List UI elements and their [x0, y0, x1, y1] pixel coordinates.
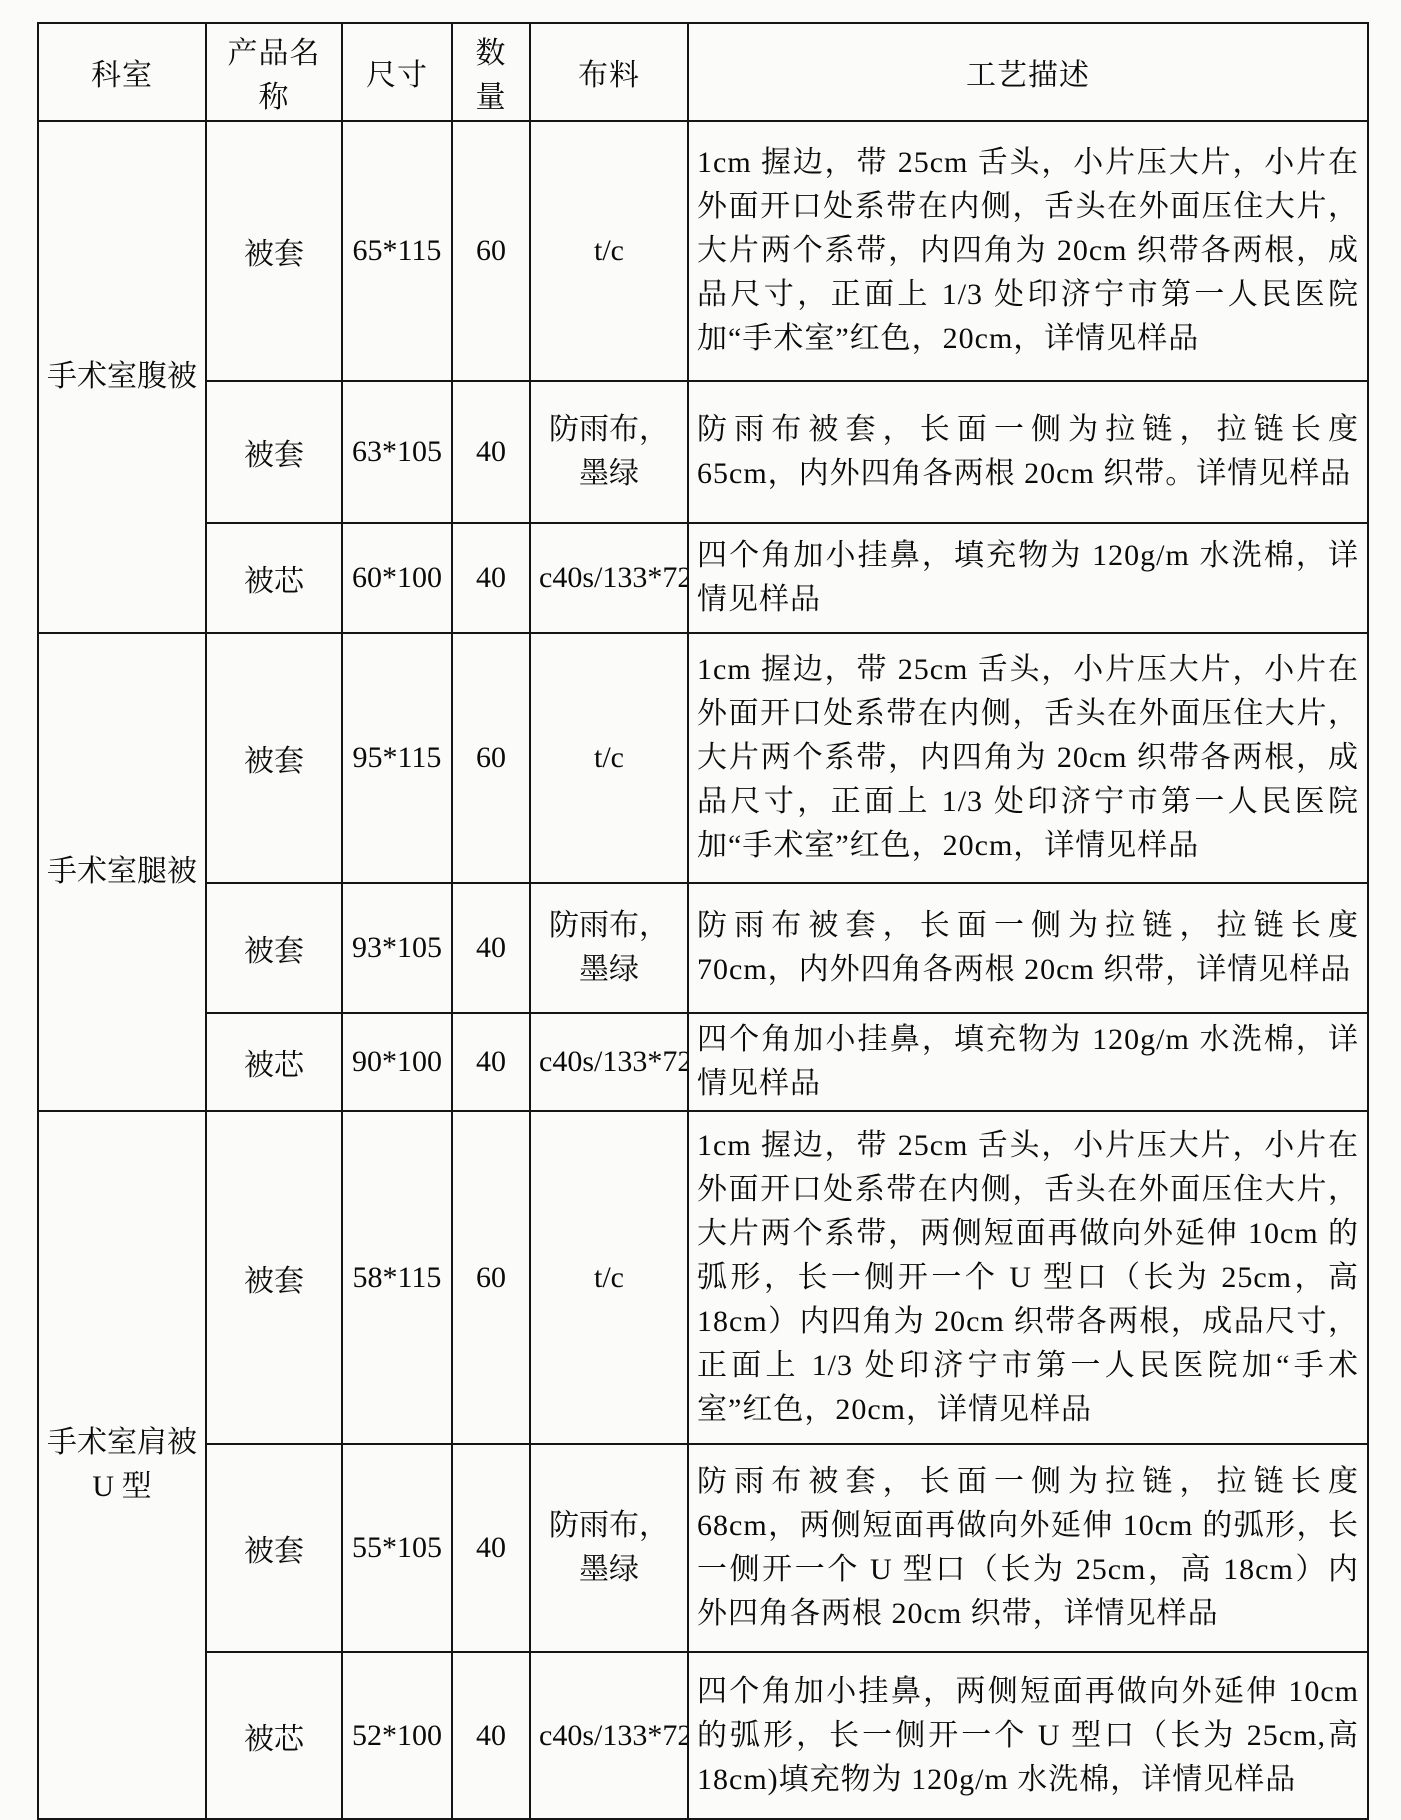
quantity-cell: 60: [452, 121, 530, 381]
size-cell: 65*115: [342, 121, 452, 381]
size-cell: 90*100: [342, 1013, 452, 1111]
quantity-cell: 40: [452, 1444, 530, 1652]
process-desc-cell: 1cm 握边，带 25cm 舌头，小片压大片，小片在外面开口处系带在内侧，舌头在…: [688, 633, 1368, 883]
product-cell: 被套: [206, 381, 342, 523]
quantity-cell: 40: [452, 1013, 530, 1111]
quantity-cell: 60: [452, 1111, 530, 1444]
size-cell: 60*100: [342, 523, 452, 633]
product-cell: 被套: [206, 1444, 342, 1652]
size-cell: 55*105: [342, 1444, 452, 1652]
table-row: 被套 93*105 40 防雨布，墨绿 防雨布被套，长面一侧为拉链，拉链长度 7…: [38, 883, 1368, 1013]
department-cell: 手术室腿被: [38, 633, 206, 1111]
process-desc-cell: 防雨布被套，长面一侧为拉链，拉链长度 65cm，内外四角各两根 20cm 织带。…: [688, 381, 1368, 523]
fabric-cell: c40s/133*72: [530, 1652, 688, 1819]
quantity-cell: 40: [452, 523, 530, 633]
fabric-cell: 防雨布，墨绿: [530, 1444, 688, 1652]
size-cell: 52*100: [342, 1652, 452, 1819]
header-row: 科室 产品名称 尺寸 数量 布料 工艺描述: [38, 23, 1368, 121]
product-cell: 被芯: [206, 523, 342, 633]
process-desc-cell: 四个角加小挂鼻，填充物为 120g/m 水洗棉，详情见样品: [688, 523, 1368, 633]
product-cell: 被芯: [206, 1652, 342, 1819]
spec-table: 科室 产品名称 尺寸 数量 布料 工艺描述 手术室腹被 被套 65*115 60…: [37, 22, 1369, 1820]
process-desc-cell: 1cm 握边，带 25cm 舌头，小片压大片，小片在外面开口处系带在内侧，舌头在…: [688, 121, 1368, 381]
column-header-product: 产品名称: [206, 23, 342, 121]
product-cell: 被套: [206, 121, 342, 381]
fabric-cell: c40s/133*72: [530, 1013, 688, 1111]
column-header-fabric: 布料: [530, 23, 688, 121]
product-cell: 被芯: [206, 1013, 342, 1111]
column-header-quantity: 数量: [452, 23, 530, 121]
fabric-cell: 防雨布，墨绿: [530, 381, 688, 523]
table-row: 手术室腿被 被套 95*115 60 t/c 1cm 握边，带 25cm 舌头，…: [38, 633, 1368, 883]
size-cell: 93*105: [342, 883, 452, 1013]
column-header-department: 科室: [38, 23, 206, 121]
process-desc-cell: 四个角加小挂鼻，两侧短面再做向外延伸 10cm 的弧形，长一侧开一个 U 型口（…: [688, 1652, 1368, 1819]
table-row: 被芯 90*100 40 c40s/133*72 四个角加小挂鼻，填充物为 12…: [38, 1013, 1368, 1111]
department-cell: 手术室腹被: [38, 121, 206, 633]
quantity-cell: 40: [452, 381, 530, 523]
quantity-cell: 40: [452, 1652, 530, 1819]
fabric-cell: t/c: [530, 121, 688, 381]
product-cell: 被套: [206, 633, 342, 883]
table-row: 被芯 60*100 40 c40s/133*72 四个角加小挂鼻，填充物为 12…: [38, 523, 1368, 633]
process-desc-cell: 1cm 握边，带 25cm 舌头，小片压大片，小片在外面开口处系带在内侧，舌头在…: [688, 1111, 1368, 1444]
column-header-size: 尺寸: [342, 23, 452, 121]
table-row: 被套 63*105 40 防雨布，墨绿 防雨布被套，长面一侧为拉链，拉链长度 6…: [38, 381, 1368, 523]
size-cell: 95*115: [342, 633, 452, 883]
table-row: 被芯 52*100 40 c40s/133*72 四个角加小挂鼻，两侧短面再做向…: [38, 1652, 1368, 1819]
table-row: 被套 55*105 40 防雨布，墨绿 防雨布被套，长面一侧为拉链，拉链长度 6…: [38, 1444, 1368, 1652]
department-cell: 手术室肩被 U 型: [38, 1111, 206, 1819]
fabric-cell: 防雨布，墨绿: [530, 883, 688, 1013]
quantity-cell: 60: [452, 633, 530, 883]
product-cell: 被套: [206, 1111, 342, 1444]
size-cell: 58*115: [342, 1111, 452, 1444]
document-page: { "header": { "columns": ["科室", "产品名称", …: [0, 0, 1401, 1796]
process-desc-cell: 防雨布被套，长面一侧为拉链，拉链长度 68cm，两侧短面再做向外延伸 10cm …: [688, 1444, 1368, 1652]
table-row: 手术室腹被 被套 65*115 60 t/c 1cm 握边，带 25cm 舌头，…: [38, 121, 1368, 381]
process-desc-cell: 防雨布被套，长面一侧为拉链，拉链长度 70cm，内外四角各两根 20cm 织带，…: [688, 883, 1368, 1013]
column-header-process: 工艺描述: [688, 23, 1368, 121]
quantity-cell: 40: [452, 883, 530, 1013]
fabric-cell: c40s/133*72: [530, 523, 688, 633]
product-cell: 被套: [206, 883, 342, 1013]
process-desc-cell: 四个角加小挂鼻，填充物为 120g/m 水洗棉，详情见样品: [688, 1013, 1368, 1111]
fabric-cell: t/c: [530, 1111, 688, 1444]
fabric-cell: t/c: [530, 633, 688, 883]
size-cell: 63*105: [342, 381, 452, 523]
table-row: 手术室肩被 U 型 被套 58*115 60 t/c 1cm 握边，带 25cm…: [38, 1111, 1368, 1444]
